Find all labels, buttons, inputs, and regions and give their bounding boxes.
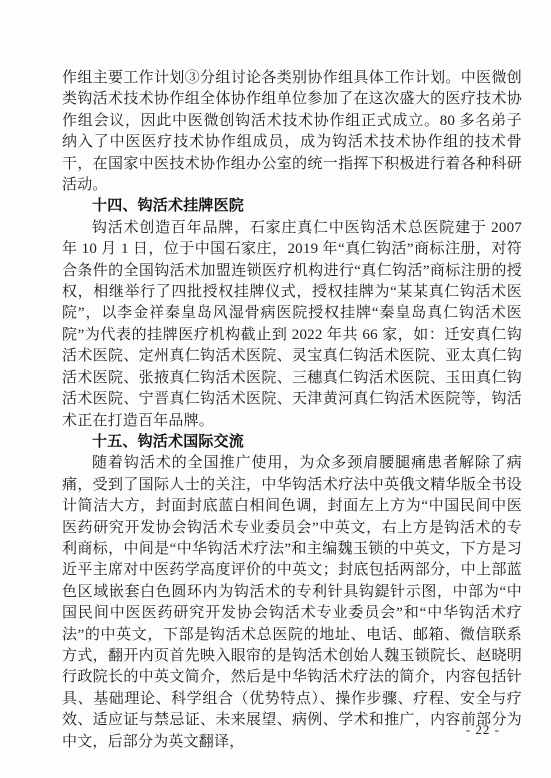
page-number: - 22 -	[466, 722, 500, 738]
paragraph-branded-hospitals: 钩活术创造百年品牌，石家庄真仁中医钩活术总医院建于 2007 年 10 月 1 …	[62, 218, 522, 432]
continued-paragraph: 作组主要工作计划③分组讨论各类别协作组具体工作计划。中医微创类钩活术技术协作组全…	[62, 68, 522, 196]
paragraph-international-exchange: 随着钩活术的全国推广使用，为众多颈肩腰腿痛患者解除了病痛，受到了国际人士的关注，…	[62, 453, 522, 753]
section-heading-14: 十四、钩活术挂牌医院	[62, 196, 522, 217]
document-page: 作组主要工作计划③分组讨论各类别协作组具体工作计划。中医微创类钩活术技术协作组全…	[0, 0, 551, 778]
text-block: 作组主要工作计划③分组讨论各类别协作组具体工作计划。中医微创类钩活术技术协作组全…	[62, 68, 522, 753]
section-heading-15: 十五、钩活术国际交流	[62, 432, 522, 453]
